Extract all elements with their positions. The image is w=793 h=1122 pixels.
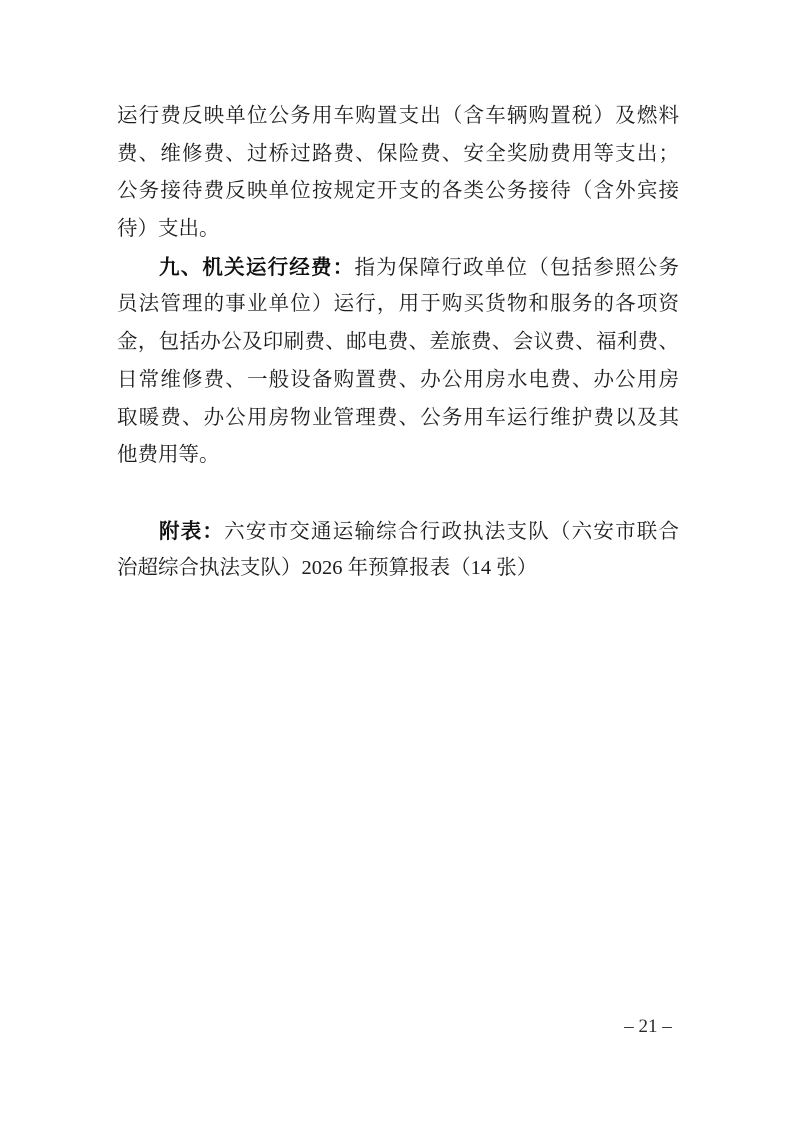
text-segment: 指为保障行政单位（包括参照公务 [354, 257, 679, 279]
text-line: 取暖费、办公用房物业管理费、公务用车运行维护费以及其 [117, 400, 679, 438]
paragraph-appendix-note: 附表：六安市交通运输综合行政执法支队（六安市联合 治超综合执法支队）2026 年… [117, 513, 679, 588]
text-line: 九、机关运行经费：指为保障行政单位（包括参照公务 [117, 249, 679, 287]
document-body: 运行费反映单位公务用车购置支出（含车辆购置税）及燃料 费、维修费、过桥过路费、保… [117, 98, 679, 588]
paragraph-agency-operating-funds: 九、机关运行经费：指为保障行政单位（包括参照公务 员法管理的事业单位）运行，用于… [117, 249, 679, 475]
text-line: 日常维修费、一般设备购置费、办公用房水电费、办公用房 [117, 362, 679, 400]
text-line: 附表：六安市交通运输综合行政执法支队（六安市联合 [117, 513, 679, 551]
document-page: 运行费反映单位公务用车购置支出（含车辆购置税）及燃料 费、维修费、过桥过路费、保… [0, 0, 793, 1122]
text-line: 待）支出。 [117, 211, 679, 249]
text-segment: 六安市交通运输综合行政执法支队（六安市联合 [224, 521, 679, 543]
text-line: 他费用等。 [117, 437, 679, 475]
page-number: – 21 – [608, 1016, 688, 1038]
text-line: 金，包括办公及印刷费、邮电费、差旅费、会议费、福利费、 [117, 324, 679, 362]
paragraph-lead-bold: 附表： [159, 520, 224, 543]
paragraph-lead-bold: 九、机关运行经费： [159, 256, 354, 279]
text-line: 公务接待费反映单位按规定开支的各类公务接待（含外宾接 [117, 173, 679, 211]
text-line: 员法管理的事业单位）运行，用于购买货物和服务的各项资 [117, 286, 679, 324]
text-line: 运行费反映单位公务用车购置支出（含车辆购置税）及燃料 [117, 98, 679, 136]
blank-line [117, 475, 679, 513]
paragraph-vehicle-and-reception-expenses: 运行费反映单位公务用车购置支出（含车辆购置税）及燃料 费、维修费、过桥过路费、保… [117, 98, 679, 249]
text-line: 费、维修费、过桥过路费、保险费、安全奖励费用等支出； [117, 136, 679, 174]
text-line: 治超综合执法支队）2026 年预算报表（14 张） [117, 550, 679, 588]
